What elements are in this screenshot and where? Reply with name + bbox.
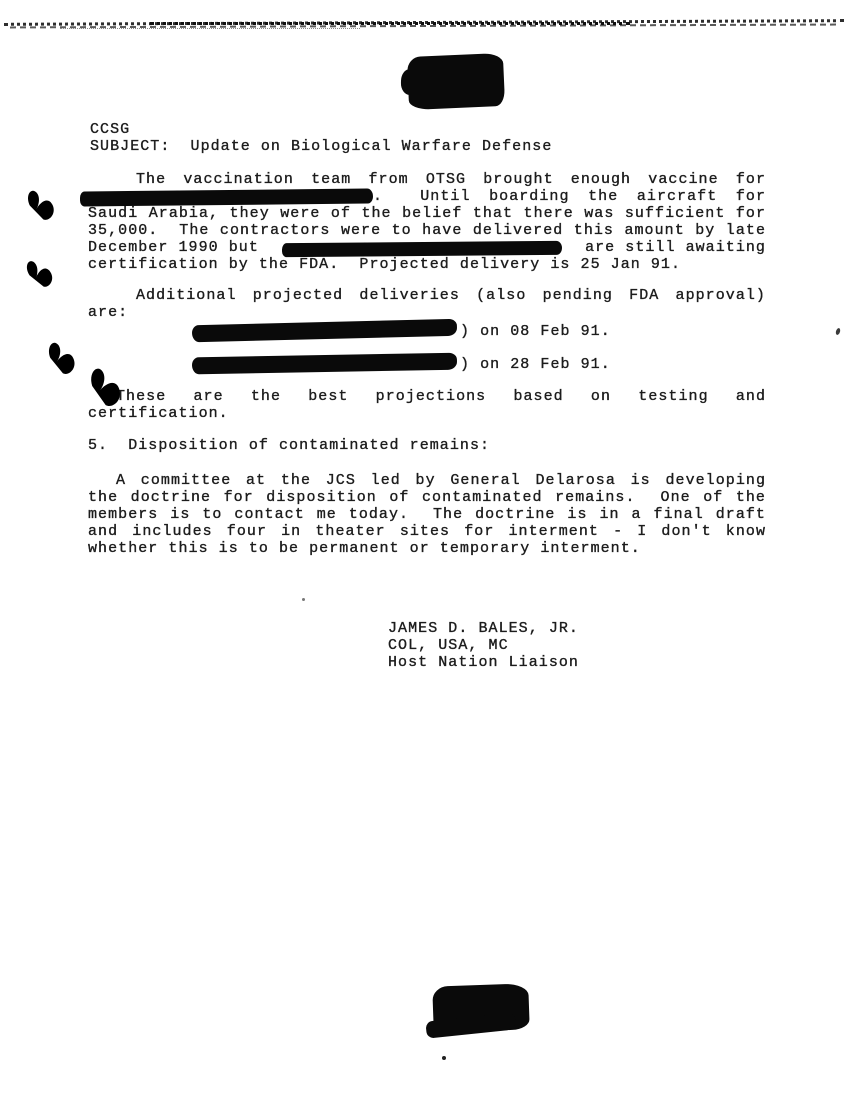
paragraph-committee: A committee at the JCS led by General De… [88, 472, 766, 557]
body-line: and includes four in theater sites for i… [88, 523, 766, 540]
memo-header: CCSG SUBJECT: Update on Biological Warfa… [90, 121, 552, 155]
delivery-date-text: ) on 28 Feb 91. [460, 353, 611, 373]
scan-speck [835, 328, 841, 336]
body-line: These are the best projections based on … [88, 388, 766, 405]
scanned-memo-page: CCSG SUBJECT: Update on Biological Warfa… [0, 0, 850, 1098]
signature-title: Host Nation Liaison [388, 654, 579, 671]
body-line: certification. [88, 405, 766, 422]
body-line: whether this is to be permanent or tempo… [88, 540, 766, 557]
handwritten-b1-annotation [14, 229, 76, 296]
section-5-heading-block: 5. Disposition of contaminated remains: [88, 437, 766, 454]
body-line-segment: are still awaiting [585, 239, 766, 256]
office-symbol: CCSG [90, 121, 552, 138]
body-line: A committee at the JCS led by General De… [88, 472, 766, 489]
signature-block: JAMES D. BALES, JR. COL, USA, MC Host Na… [388, 620, 579, 671]
body-line-with-redaction: . Until boarding the aircraft for [88, 188, 766, 205]
paragraph-deliveries-intro: Additional projected deliveries (also pe… [88, 287, 766, 321]
redaction-bar-inline-1 [80, 188, 373, 206]
paragraph-projections: These are the best projections based on … [88, 388, 766, 422]
delivery-row-1: ) on 08 Feb 91. [88, 320, 611, 340]
body-line-segment: December 1990 but [88, 239, 259, 256]
scan-speck [442, 1056, 446, 1060]
body-line: the doctrine for disposition of contamin… [88, 489, 766, 506]
paragraph-vaccine: The vaccination team from OTSG brought e… [88, 171, 766, 273]
handwritten-b1-annotation [13, 158, 82, 231]
section-heading: 5. Disposition of contaminated remains: [88, 437, 766, 454]
body-line: . Until boarding the aircraft for [373, 188, 766, 205]
body-line: Additional projected deliveries (also pe… [88, 287, 766, 304]
body-line: The vaccination team from OTSG brought e… [88, 171, 766, 188]
delivery-date-text: ) on 08 Feb 91. [460, 320, 611, 340]
body-line: 35,000. The contractors were to have del… [88, 222, 766, 239]
body-line: members is to contact me today. The doct… [88, 506, 766, 523]
redaction-bar-inline-2 [282, 241, 562, 257]
body-line-with-redaction: December 1990 but are still awaiting [88, 239, 766, 256]
redaction-bar-delivery-2 [192, 353, 457, 375]
scan-torn-edge [150, 22, 630, 25]
signature-name: JAMES D. BALES, JR. [388, 620, 579, 637]
scan-speck [302, 598, 305, 601]
redaction-blob-top [407, 53, 505, 110]
signature-rank: COL, USA, MC [388, 637, 579, 654]
scan-torn-edge [60, 28, 360, 29]
subject-line: SUBJECT: Update on Biological Warfare De… [90, 138, 552, 155]
body-line: certification by the FDA. Projected deli… [88, 256, 766, 273]
body-line: are: [88, 304, 766, 321]
delivery-row-2: ) on 28 Feb 91. [88, 353, 611, 373]
body-line: Saudi Arabia, they were of the belief th… [88, 205, 766, 222]
redaction-bar-delivery-1 [192, 319, 457, 342]
